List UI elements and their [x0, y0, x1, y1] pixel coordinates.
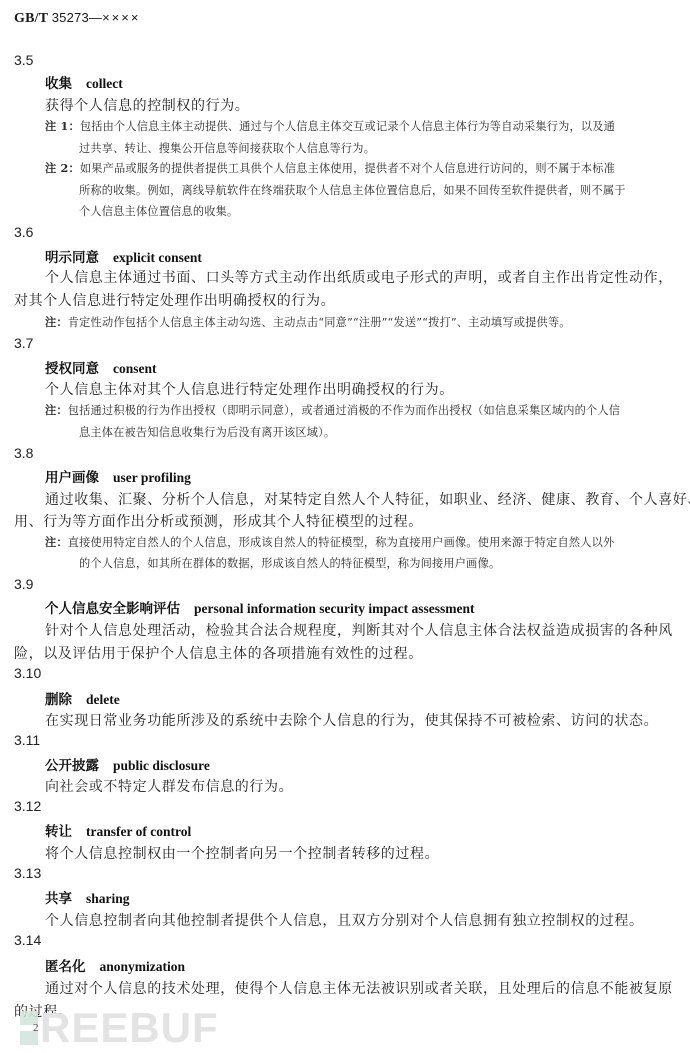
- term-chinese: 个人信息安全影响评估: [45, 601, 180, 617]
- term-heading: 用户画像user profiling: [45, 466, 191, 486]
- term-heading: 转让transfer of control: [45, 820, 191, 840]
- note-line: 注：包括通过积极的行为作出授权（即明示同意），或者通过消极的不作为而作出授权（如…: [45, 402, 620, 418]
- note-text: 个人信息主体位置信息的收集。: [79, 205, 238, 218]
- definition-line: 通过对个人信息的技术处理，使得个人信息主体无法被识别或者关联，且处理后的信息不能…: [45, 978, 673, 998]
- term-heading: 删除delete: [45, 688, 120, 708]
- section-number: 3.14: [14, 932, 41, 948]
- note-line: 过共享、转让、搜集公开信息等间接获取个人信息等行为。: [79, 140, 375, 156]
- note-label: 注 1：: [45, 119, 80, 133]
- definition-line: 个人信息主体通过书面、口头等方式主动作出纸质或电子形式的声明，或者自主作出肯定性…: [45, 267, 673, 287]
- term-heading: 明示同意explicit consent: [45, 246, 202, 266]
- term-chinese: 授权同意: [45, 361, 99, 377]
- note-text: 过共享、转让、搜集公开信息等间接获取个人信息等行为。: [79, 142, 375, 155]
- definition-line: 险，以及评估用于保护个人信息主体的各项措施有效性的过程。: [14, 643, 423, 663]
- note-line: 的个人信息，如其所在群体的数据，形成该自然人的特征模型，称为间接用户画像。: [79, 555, 500, 571]
- term-heading: 收集collect: [45, 72, 123, 92]
- note-text: 所称的收集。例如，离线导航软件在终端获取个人信息主体位置信息后，如果不回传至软件…: [79, 184, 626, 197]
- term-chinese: 共享: [45, 891, 72, 907]
- note-line: 注：肯定性动作包括个人信息主体主动勾选、主动点击“同意”“注册”“发送”“拨打”…: [45, 314, 571, 330]
- note-line: 注 1：包括由个人信息主体主动提供、通过与个人信息主体交互或记录个人信息主体行为…: [45, 118, 615, 134]
- note-text: 息主体在被告知信息收集行为后没有离开该区域）。: [79, 426, 335, 439]
- note-line: 所称的收集。例如，离线导航软件在终端获取个人信息主体位置信息后，如果不回传至软件…: [79, 182, 626, 198]
- note-text: 包括通过积极的行为作出授权（即明示同意），或者通过消极的不作为而作出授权（如信息…: [68, 404, 620, 417]
- note-text: 包括由个人信息主体主动提供、通过与个人信息主体交互或记录个人信息主体行为等自动采…: [80, 120, 615, 133]
- section-number: 3.12: [14, 798, 41, 814]
- definition-line: 个人信息主体对其个人信息进行特定处理作出明确授权的行为。: [45, 379, 454, 399]
- term-english: consent: [113, 361, 157, 376]
- term-english: public disclosure: [113, 758, 210, 773]
- note-label: 注：: [45, 535, 68, 549]
- section-number: 3.8: [14, 445, 33, 461]
- section-number: 3.10: [14, 665, 41, 681]
- note-label: 注：: [45, 403, 68, 417]
- term-heading: 公开披露public disclosure: [45, 754, 210, 774]
- section-number: 3.13: [14, 865, 41, 881]
- term-heading: 个人信息安全影响评估personal information security …: [45, 597, 474, 617]
- definition-line: 获得个人信息的控制权的行为。: [45, 95, 249, 115]
- term-chinese: 用户画像: [45, 470, 99, 486]
- note-label: 注 2：: [45, 161, 80, 175]
- term-english: sharing: [86, 891, 130, 906]
- note-text: 肯定性动作包括个人信息主体主动勾选、主动点击“同意”“注册”“发送”“拨打”、主…: [68, 316, 571, 329]
- definition-line: 个人信息控制者向其他控制者提供个人信息，且双方分别对个人信息拥有独立控制权的过程…: [45, 910, 644, 930]
- standard-prefix: GB/T: [14, 11, 48, 26]
- document-header: GB/T 35273—××××: [14, 10, 140, 27]
- note-line: 注：直接使用特定自然人的个人信息，形成该自然人的特征模型，称为直接用户画像。使用…: [45, 534, 614, 550]
- definition-line: 通过收集、汇聚、分析个人信息，对某特定自然人个人特征，如职业、经济、健康、教育、…: [45, 489, 690, 509]
- section-number: 3.7: [14, 335, 33, 351]
- section-number: 3.9: [14, 576, 33, 592]
- section-number: 3.11: [14, 732, 40, 748]
- term-english: collect: [86, 76, 123, 91]
- term-english: user profiling: [113, 470, 191, 485]
- definition-line: 向社会或不特定人群发布信息的行为。: [45, 776, 293, 796]
- note-label: 注：: [45, 315, 68, 329]
- term-heading: 匿名化anonymization: [45, 955, 185, 975]
- note-text: 的个人信息，如其所在群体的数据，形成该自然人的特征模型，称为间接用户画像。: [79, 557, 500, 570]
- term-chinese: 匿名化: [45, 959, 86, 975]
- term-chinese: 公开披露: [45, 758, 99, 774]
- note-line: 息主体在被告知信息收集行为后没有离开该区域）。: [79, 424, 335, 440]
- definition-line: 对其个人信息进行特定处理作出明确授权的行为。: [14, 290, 335, 310]
- term-chinese: 删除: [45, 692, 72, 708]
- definition-line: 将个人信息控制权由一个控制者向另一个控制者转移的过程。: [45, 843, 439, 863]
- term-english: delete: [86, 692, 120, 707]
- term-heading: 授权同意consent: [45, 357, 157, 377]
- term-heading: 共享sharing: [45, 887, 130, 907]
- standard-code: 35273—: [52, 10, 102, 25]
- term-chinese: 收集: [45, 76, 72, 92]
- standard-year-placeholder: ××××: [102, 10, 140, 25]
- term-chinese: 明示同意: [45, 250, 99, 266]
- term-english: personal information security impact ass…: [194, 601, 474, 616]
- note-text: 直接使用特定自然人的个人信息，形成该自然人的特征模型，称为直接用户画像。使用来源…: [68, 536, 615, 549]
- watermark-text: REEBUF: [40, 1008, 219, 1048]
- note-line: 注 2：如果产品或服务的提供者提供工具供个人信息主体使用，提供者不对个人信息进行…: [45, 160, 615, 176]
- term-english: anonymization: [100, 959, 186, 974]
- page-number: 2: [33, 1022, 39, 1034]
- freebuf-watermark: REEBUF: [20, 1008, 219, 1048]
- term-chinese: 转让: [45, 824, 72, 840]
- term-english: transfer of control: [86, 824, 191, 839]
- note-line: 个人信息主体位置信息的收集。: [79, 203, 238, 219]
- section-number: 3.5: [14, 52, 33, 68]
- section-number: 3.6: [14, 224, 33, 240]
- note-text: 如果产品或服务的提供者提供工具供个人信息主体使用，提供者不对个人信息进行访问的，…: [80, 162, 615, 175]
- definition-line: 用、行为等方面作出分析或预测，形成其个人特征模型的过程。: [14, 511, 423, 531]
- definition-line: 在实现日常业务功能所涉及的系统中去除个人信息的行为，使其保持不可被检索、访问的状…: [45, 710, 658, 730]
- term-english: explicit consent: [113, 250, 202, 265]
- definition-line: 针对个人信息处理活动，检验其合法合规程度，判断其对个人信息主体合法权益造成损害的…: [45, 620, 673, 640]
